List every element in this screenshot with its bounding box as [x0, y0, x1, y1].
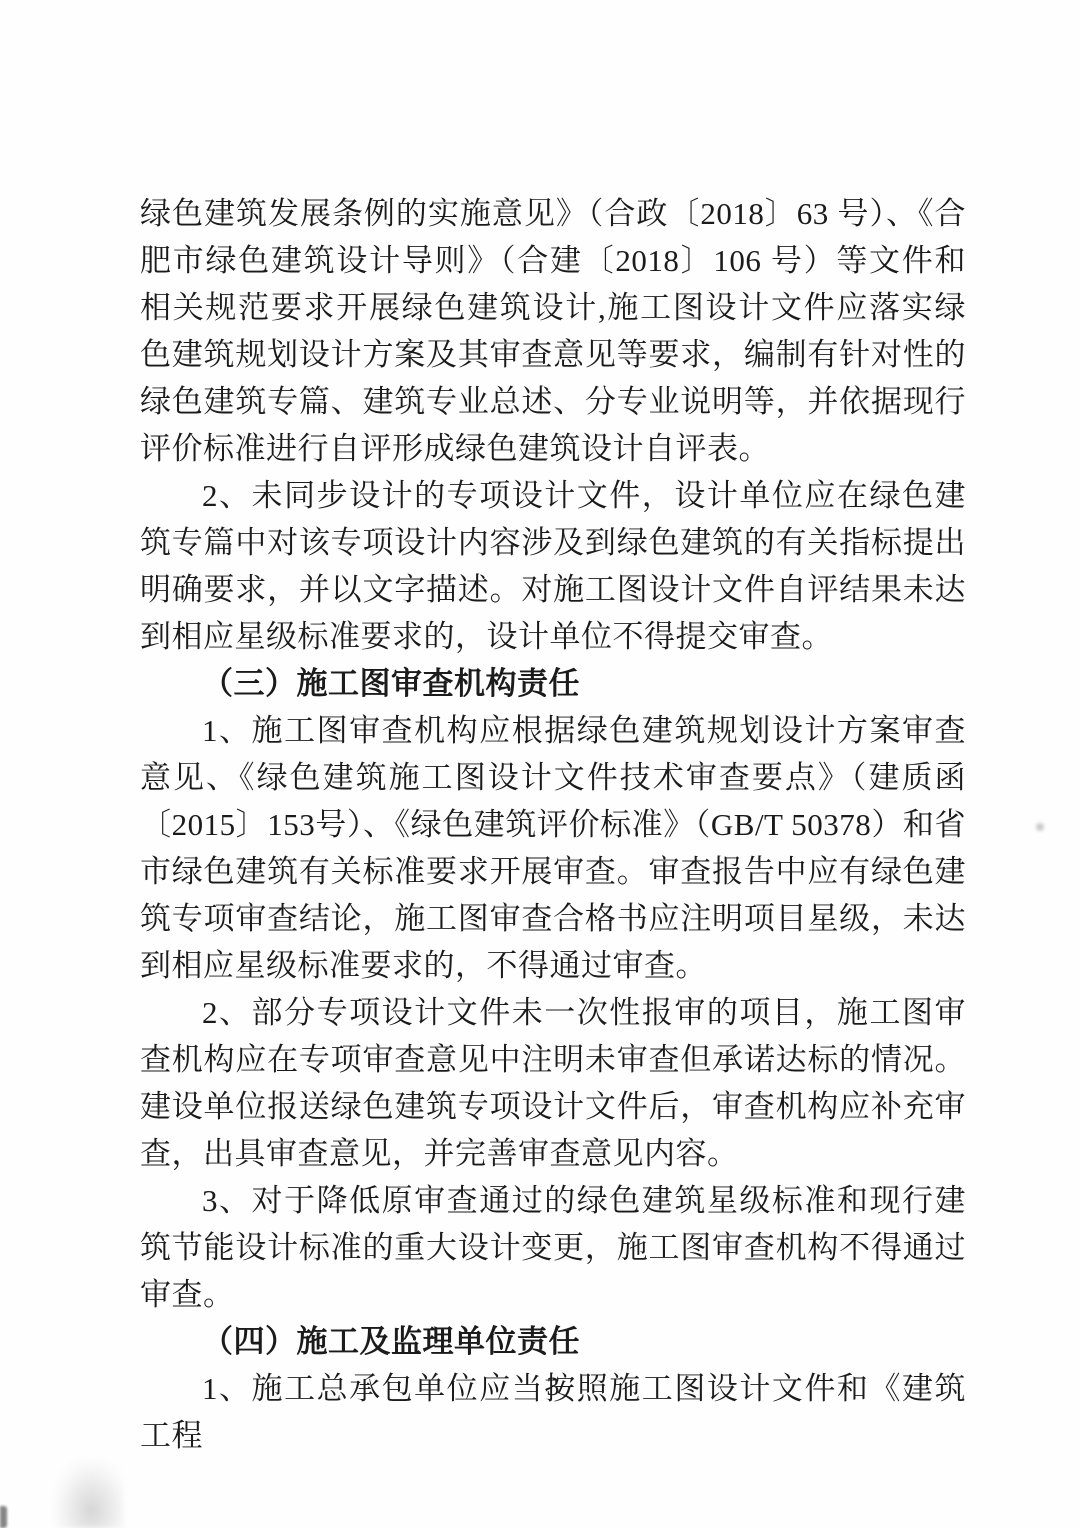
paragraph-major-design-change: 3、对于降低原审查通过的绿色建筑星级标准和现行建筑节能设计标准的重大设计变更，施… — [140, 1177, 966, 1318]
paragraph-design-requirements-continuation: 绿色建筑发展条例的实施意见》（合政〔2018〕63 号）、《合肥市绿色建筑设计导… — [140, 190, 966, 472]
section-heading-construction-supervision-responsibility: （四）施工及监理单位责任 — [140, 1318, 966, 1365]
section-heading-review-agency-responsibility: （三）施工图审查机构责任 — [140, 660, 966, 707]
scan-edge-artifact — [0, 1506, 7, 1528]
paragraph-review-standards: 1、施工图审查机构应根据绿色建筑规划设计方案审查意见、《绿色建筑施工图设计文件技… — [140, 707, 966, 989]
scan-smudge-artifact — [52, 1458, 124, 1528]
page-number: 3 — [140, 1372, 966, 1402]
document-page: 绿色建筑发展条例的实施意见》（合政〔2018〕63 号）、《合肥市绿色建筑设计导… — [0, 0, 1080, 1528]
scan-dot-artifact — [1036, 823, 1044, 831]
paragraph-partial-special-design-review: 2、部分专项设计文件未一次性报审的项目，施工图审查机构应在专项审查意见中注明未审… — [140, 989, 966, 1177]
paragraph-unsynced-special-design: 2、未同步设计的专项设计文件，设计单位应在绿色建筑专篇中对该专项设计内容涉及到绿… — [140, 472, 966, 660]
document-content: 绿色建筑发展条例的实施意见》（合政〔2018〕63 号）、《合肥市绿色建筑设计导… — [140, 190, 966, 1459]
